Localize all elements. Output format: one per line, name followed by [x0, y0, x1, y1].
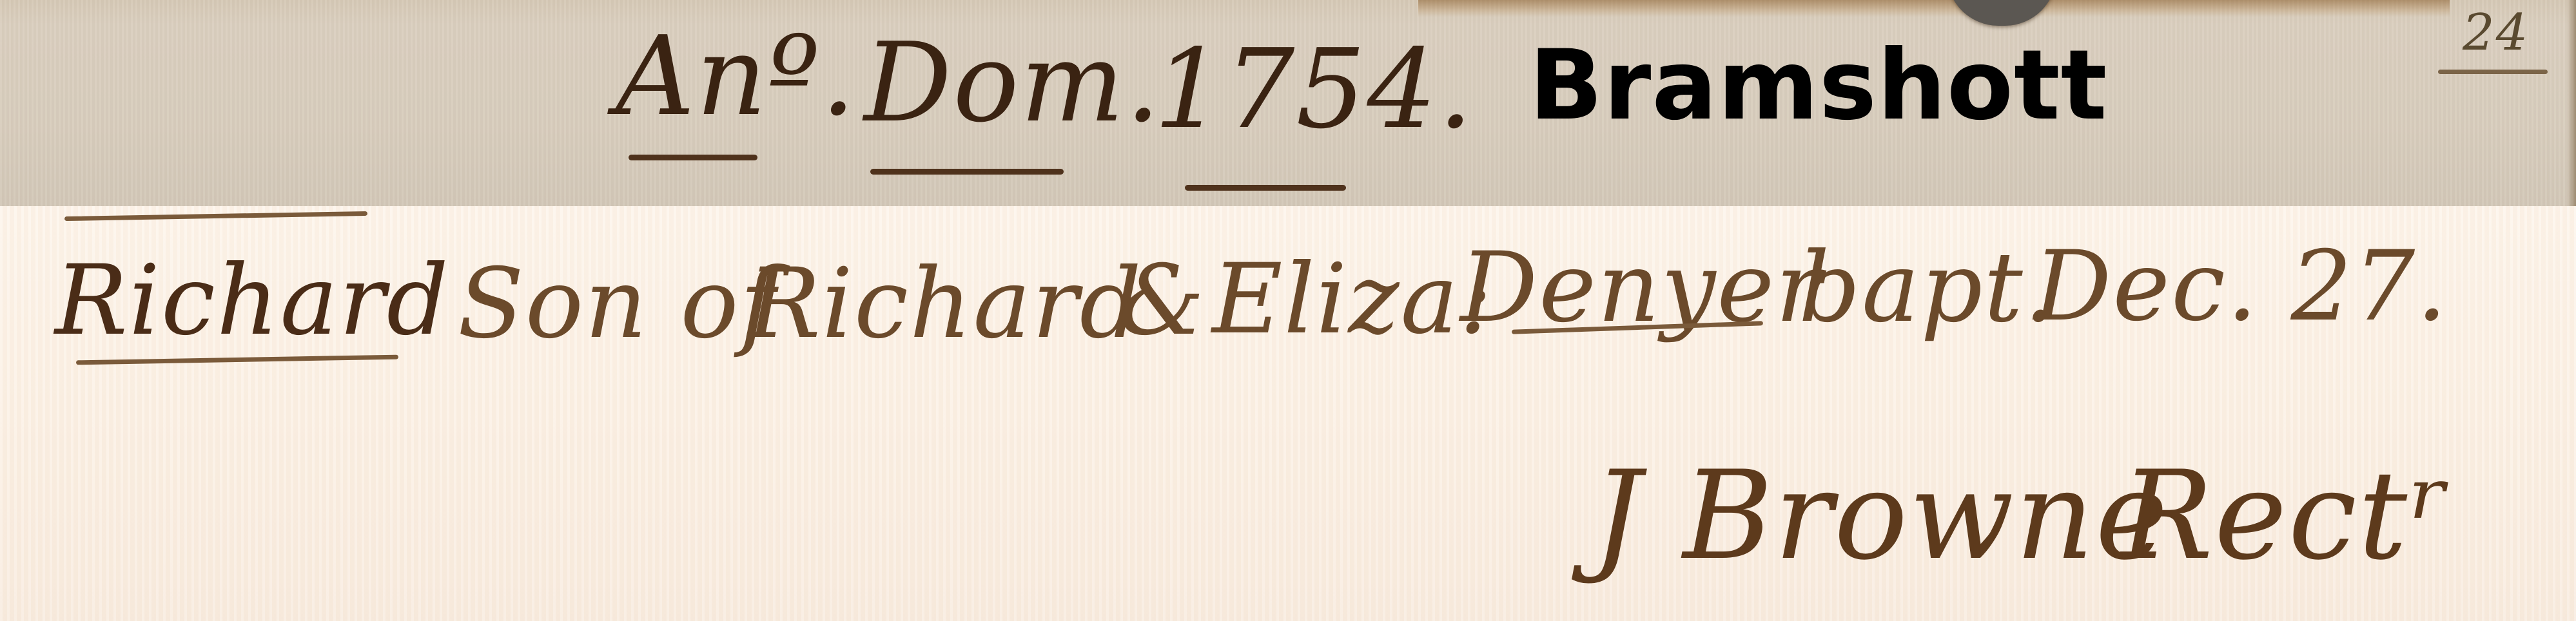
folio-underline — [2438, 70, 2548, 74]
page-edge — [2567, 0, 2576, 206]
signature-title: Rectʳ — [2121, 444, 2452, 587]
heading-year: 1754. — [1154, 26, 1474, 153]
heading-anno-domini: Anº. — [616, 13, 857, 140]
entry-event: bapt. — [1799, 232, 2056, 344]
entry-relation: Son of — [458, 248, 777, 360]
entry-conjunction: & — [1118, 245, 1206, 357]
folio-number: 24 — [2463, 4, 2529, 62]
heading-strip: Anº. Dom. 1754. Bramshott 24 — [0, 0, 2576, 206]
signature-name: J Browne — [1592, 444, 2169, 587]
parish-label: Bramshott — [1529, 37, 2107, 134]
heading-year-underline — [1185, 185, 1346, 191]
heading-dom-underline — [870, 169, 1064, 175]
previous-entry-underline — [64, 211, 367, 221]
paper-stain — [1418, 0, 2450, 17]
entry-father-name: Richard — [748, 248, 1143, 360]
entry-date: Dec. 27. — [2034, 231, 2448, 343]
heading-dom: Dom. — [864, 19, 1162, 147]
entry-mother-name: Eliza: — [1212, 244, 1493, 356]
heading-anno-underline — [629, 155, 757, 160]
entry-given-name: Richard — [55, 245, 450, 357]
